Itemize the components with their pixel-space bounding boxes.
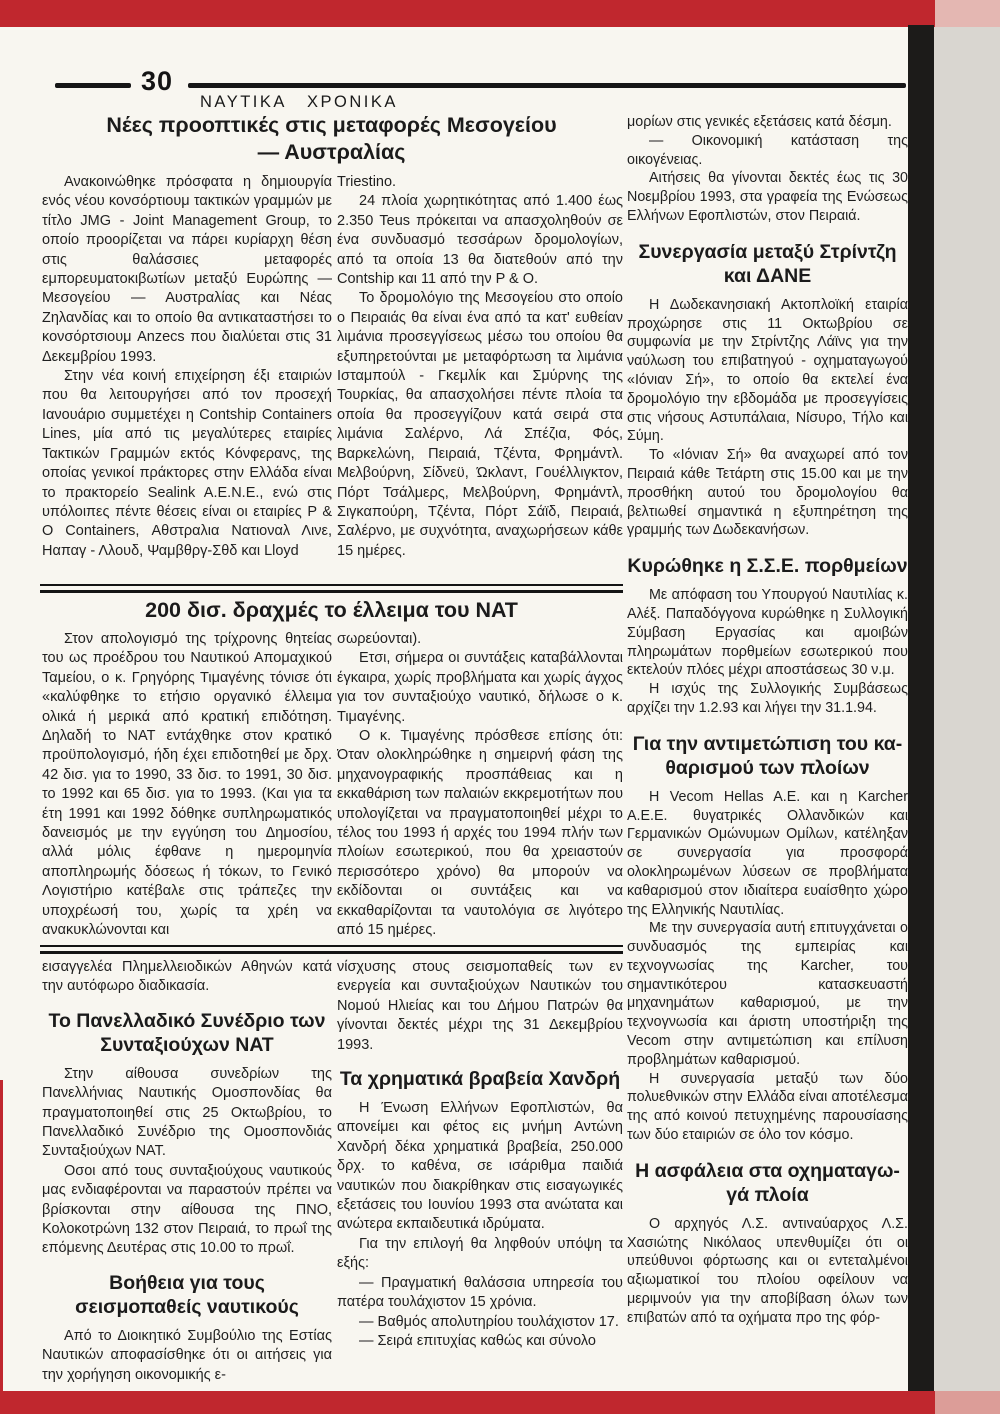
article-safety-title-line1: Η ασφάλεια στα οχηματαγω- [635, 1160, 900, 1182]
bottom-left-column: εισαγγελέα Πλημελλειοδικών Αθηνών κατά τ… [42, 958, 332, 1382]
bottom-red-bar [0, 1391, 935, 1414]
article-mediterranean-column-1: Ανακοινώθηκε πρόσφατα η δημιουργία ενός … [42, 173, 332, 575]
article-aid-title-line2: σεισμοπαθείς ναυτικούς [75, 1296, 299, 1318]
paragraph: Ετσι, σήμερα οι συντάξεις καταβάλλονται … [337, 649, 623, 727]
top-red-bar [0, 0, 935, 27]
page-number: 30 [141, 66, 173, 97]
right-column: μορίων στις γενικές εξετάσεις κατά δέσμη… [627, 113, 908, 1381]
paragraph: Στην αίθουσα συνεδρίων της Πανελλήνιας Ν… [42, 1065, 332, 1162]
paragraph: Η ισχύς της Συλλογικής Συμβάσεως αρχίζει… [627, 680, 908, 718]
article-strintzis-dane-title-line1: Συνεργασία μεταξύ Στρίντζη [639, 241, 897, 263]
article-nat-deficit-column-2: σωρεύονται). Ετσι, σήμερα οι συντάξεις κ… [337, 630, 623, 940]
paragraph: Triestino. [337, 173, 623, 192]
section-divider-rule [40, 945, 623, 954]
article-cleaning-title-line1: Για την αντιμετώπιση του κα- [633, 733, 903, 755]
header-rule-right [188, 83, 906, 88]
paragraph: Οσοι από τους συνταξιούχους ναυτικούς μα… [42, 1162, 332, 1259]
paragraph: Η Ένωση Ελλήνων Εφοπλιστών, θα απονείμει… [337, 1099, 623, 1235]
paragraph: Αιτήσεις θα γίνονται δεκτές έως τις 30 Ν… [627, 169, 908, 225]
article-mediterranean-title: Νέες προοπτικές στις μεταφορές Μεσογείου… [40, 112, 623, 166]
paragraph: Η συνεργασία μεταξύ των δύο πολυεθνικών … [627, 1070, 908, 1145]
article-nat-deficit-column-1: Στον απολογισμό της τρίχρονης θητείας το… [42, 630, 332, 940]
article-strintzis-dane-title-line2: και ΔΑΝΕ [724, 265, 812, 287]
article-mediterranean-column-2: Triestino. 24 πλοία χωρητικότητας από 1.… [337, 173, 623, 575]
paragraph: Με την συνεργασία αυτή επιτυγχάνεται ο σ… [627, 919, 908, 1069]
paragraph: μορίων στις γενικές εξετάσεις κατά δέσμη… [627, 113, 908, 132]
paragraph: Η Δωδεκανησιακή Ακτοπλοϊκή εταιρία προχώ… [627, 296, 908, 446]
list-item-dash: — Πραγματική θαλάσσια υπηρεσία του πατέρ… [337, 1274, 623, 1313]
newspaper-page: 30 ΝΑΥΤΙΚΑ ΧΡΟΝΙΚΑ Νέες προοπτικές στις … [0, 0, 1000, 1414]
masthead-title: ΝΑΥΤΙΚΑ ΧΡΟΝΙΚΑ [200, 93, 398, 112]
article-safety-title-line2: γά πλοία [726, 1184, 808, 1206]
article-nat-deficit-title: 200 δισ. δραχμές το έλλειμα του ΝΑΤ [40, 597, 623, 623]
article-congress-title: Το Πανελλαδικό Συνέδριο των Συνταξιούχων… [42, 1009, 332, 1057]
article-chandris-title: Τα χρηματικά βραβεία Χανδρή [337, 1067, 623, 1091]
paragraph: νίσχυσης στους σεισμοπαθείς των εν ενεργ… [337, 958, 623, 1055]
paragraph: Το «Ιόνιαν Σή» θα αναχωρεί από τον Πειρα… [627, 446, 908, 540]
paragraph: Ο αρχηγός Λ.Σ. αντιναύαρχος Λ.Σ. Χασιώτη… [627, 1215, 908, 1328]
article-sse-title: Κυρώθηκε η Σ.Σ.Ε. πορθμείων [627, 554, 908, 578]
right-edge-grey [934, 27, 1000, 1391]
article-aid-title: Βοήθεια για τους σεισμοπαθείς ναυτικούς [42, 1271, 332, 1319]
paragraph: Στον απολογισμό της τρίχρονης θητείας το… [42, 630, 332, 940]
bottom-red-bar-faded [935, 1391, 1000, 1414]
article-congress-title-line2: Συνταξιούχων ΝΑΤ [100, 1034, 273, 1056]
paragraph: Ο κ. Τιμαγένης πρόσθεσε επίσης ότι: Όταν… [337, 727, 623, 940]
article-congress-title-line1: Το Πανελλαδικό Συνέδριο των [48, 1010, 325, 1032]
paragraph: σωρεύονται). [337, 630, 623, 649]
list-item-dash: — Σειρά επιτυχίας καθώς και σύνολο [337, 1332, 623, 1351]
article-strintzis-dane-title: Συνεργασία μεταξύ Στρίντζη και ΔΑΝΕ [627, 240, 908, 288]
article-aid-title-line1: Βοήθεια για τους [109, 1272, 265, 1294]
article-cleaning-title: Για την αντιμετώπιση του κα- θαρισμού τω… [627, 732, 908, 780]
header-rule-left [55, 83, 131, 88]
paragraph: Με απόφαση του Υπουργού Ναυτιλίας κ. Αλέ… [627, 586, 908, 680]
paragraph: Στην νέα κοινή επιχείρηση έξι εταιριών π… [42, 367, 332, 561]
paragraph: Για την επιλογή θα ληφθούν υπόψη τα εξής… [337, 1235, 623, 1274]
paragraph: Ανακοινώθηκε πρόσφατα η δημιουργία ενός … [42, 173, 332, 367]
section-divider-rule [40, 584, 623, 593]
paragraph: εισαγγελέα Πλημελλειοδικών Αθηνών κατά τ… [42, 958, 332, 997]
list-item-dash: — Οικονομική κατάσταση της οικογένειας. [627, 132, 908, 170]
top-red-bar-faded [935, 0, 1000, 27]
paragraph: Το δρομολόγιο της Μεσογείου στο οποίο ο … [337, 289, 623, 561]
article-cleaning-title-line2: θαρισμού των πλοίων [665, 757, 869, 779]
paragraph: Η Vecom Hellas A.E. και η Karcher A.E.E.… [627, 788, 908, 920]
article-mediterranean-title-line1: Νέες προοπτικές στις μεταφορές Μεσογείου [106, 113, 556, 137]
left-edge-red-line [0, 1080, 3, 1392]
list-item-dash: — Βαθμός απολυτηρίου τουλάχιστον 17. [337, 1313, 623, 1332]
right-edge-black-stripe [908, 25, 934, 1393]
bottom-middle-column: νίσχυσης στους σεισμοπαθείς των εν ενεργ… [337, 958, 623, 1382]
article-safety-title: Η ασφάλεια στα οχηματαγω- γά πλοία [627, 1159, 908, 1207]
article-mediterranean-title-line2: — Αυστραλίας [258, 140, 406, 164]
paragraph: 24 πλοία χωρητικότητας από 1.400 έως 2.3… [337, 192, 623, 289]
paragraph: Από το Διοικητικό Συμβούλιο της Εστίας Ν… [42, 1327, 332, 1382]
